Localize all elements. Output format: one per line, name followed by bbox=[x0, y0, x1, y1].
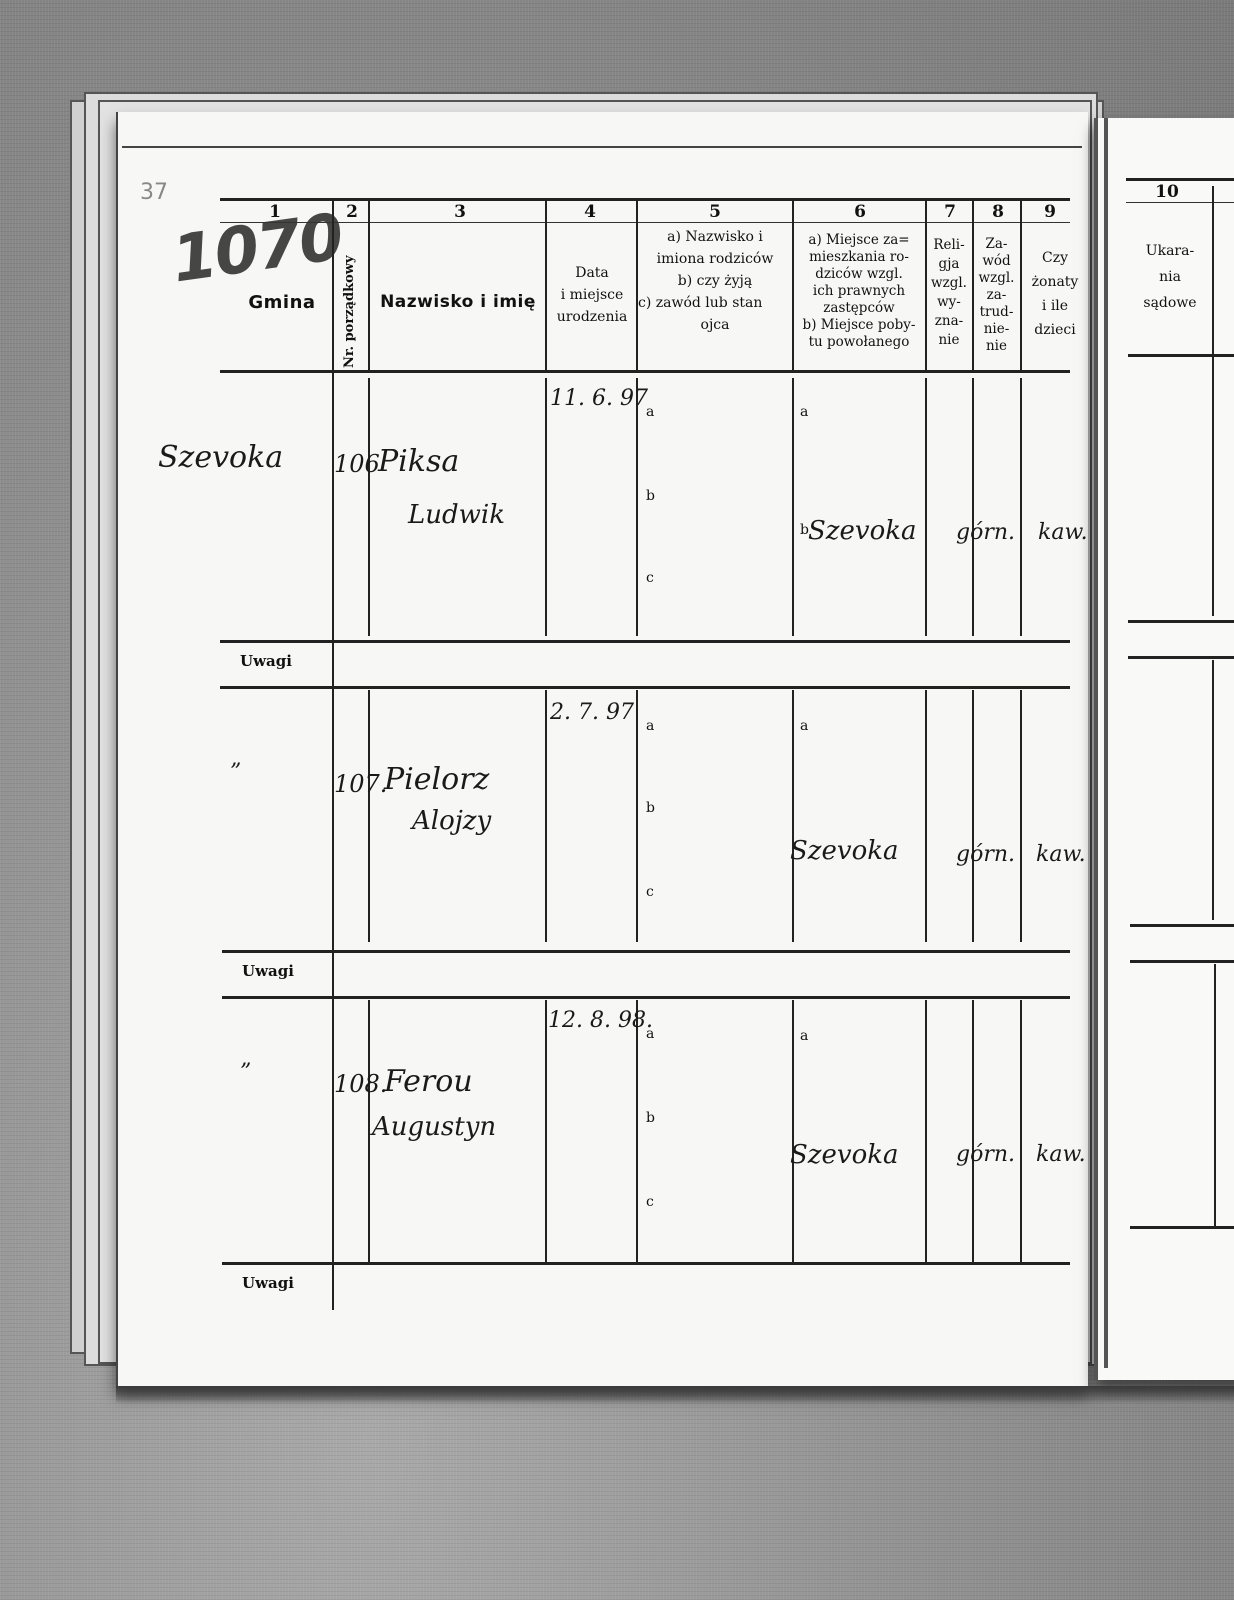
entry-1-birth-date: 11. 6. 97 bbox=[550, 386, 648, 411]
col-line bbox=[1020, 1000, 1022, 1262]
col-line bbox=[636, 1000, 638, 1262]
entry-1-given-name: Ludwik bbox=[408, 500, 505, 530]
entry-2-surname: Pielorz bbox=[384, 762, 489, 797]
col-line bbox=[545, 1000, 547, 1262]
col-divider-1-2 bbox=[332, 200, 334, 1310]
facing-rule bbox=[1130, 960, 1234, 963]
header-bottom-rule bbox=[220, 370, 1070, 373]
col-line bbox=[368, 378, 370, 636]
col-number-1: 1 bbox=[255, 202, 295, 222]
entry-3-gmina-ditto: ” bbox=[240, 1060, 251, 1085]
col-line bbox=[636, 378, 638, 636]
facing-header-number-rule bbox=[1126, 202, 1234, 203]
facing-column-divider bbox=[1212, 660, 1214, 920]
col-line bbox=[1020, 690, 1022, 942]
header-zonaty: Czy żonaty i ile dzieci bbox=[1022, 246, 1088, 342]
sub-label-a: a bbox=[800, 1028, 808, 1044]
header-zawod: Za- wód wzgl. za- trud- nie- nie bbox=[973, 236, 1020, 355]
entry-1-occupation: górn. bbox=[956, 520, 1015, 545]
col-line bbox=[925, 690, 927, 942]
col-number-9: 9 bbox=[1030, 202, 1070, 222]
facing-rule bbox=[1130, 1226, 1234, 1229]
col-number-4: 4 bbox=[570, 202, 610, 222]
header-miejsce-zamieszkania: a) Miejsce za= mieszkania ro- dziców wzg… bbox=[794, 232, 924, 351]
col-line bbox=[545, 690, 547, 942]
facing-header-bottom-rule bbox=[1128, 354, 1234, 357]
facing-column-divider bbox=[1214, 964, 1216, 1226]
entry-2-nr: 107. bbox=[334, 770, 387, 798]
header-nazwisko-imie: Nazwisko i imię bbox=[372, 292, 544, 312]
sub-label-a: a bbox=[646, 718, 654, 734]
header-top-rule bbox=[220, 198, 1070, 201]
entry-3-given-name: Augustyn bbox=[372, 1112, 496, 1142]
entry-3-nr: 108. bbox=[334, 1070, 387, 1098]
entry-1-surname: Piksa bbox=[378, 444, 459, 479]
entry-2-gmina-ditto: ” bbox=[230, 760, 241, 785]
col-line bbox=[972, 1000, 974, 1262]
remarks-top-rule bbox=[222, 1262, 1070, 1265]
facing-column-divider bbox=[1212, 186, 1214, 616]
page-shadow bbox=[116, 1386, 1234, 1404]
header-religia: Reli- gja wzgl. wy- zna- nie bbox=[926, 236, 972, 350]
sub-label-a: a bbox=[800, 718, 808, 734]
col-line bbox=[636, 690, 638, 942]
entry-3-marital: kaw. bbox=[1036, 1142, 1086, 1167]
remarks-bottom-rule bbox=[220, 686, 1070, 689]
col-line bbox=[368, 690, 370, 942]
entry-3-surname: Ferou bbox=[384, 1064, 473, 1099]
remarks-top-rule bbox=[220, 640, 1070, 643]
col-line bbox=[368, 1000, 370, 1262]
entry-1-gmina: Szevoka bbox=[158, 440, 283, 475]
col-line bbox=[792, 378, 794, 636]
header-ukarania: Ukara- nia sądowe bbox=[1128, 238, 1212, 316]
col-number-3: 3 bbox=[440, 202, 480, 222]
entry-2-given-name: Alojzy bbox=[412, 806, 491, 836]
entry-1-marital: kaw. bbox=[1038, 520, 1088, 545]
col-line bbox=[925, 378, 927, 636]
col-number-10: 10 bbox=[1142, 182, 1192, 202]
entry-1-residence: Szevoka bbox=[808, 516, 917, 546]
remarks-label: Uwagi bbox=[240, 652, 292, 670]
col-line bbox=[1020, 378, 1022, 636]
col-number-2: 2 bbox=[338, 202, 366, 222]
col-line bbox=[545, 378, 547, 636]
sub-label-c: c bbox=[646, 884, 654, 900]
col-line bbox=[972, 378, 974, 636]
pencil-page-number: 37 bbox=[140, 180, 168, 205]
remarks-label: Uwagi bbox=[242, 962, 294, 980]
col-line bbox=[972, 690, 974, 942]
col-number-6: 6 bbox=[840, 202, 880, 222]
col-divider-2-3 bbox=[368, 200, 370, 370]
entry-3-occupation: górn. bbox=[956, 1142, 1015, 1167]
facing-rule bbox=[1128, 620, 1234, 623]
col-number-7: 7 bbox=[932, 202, 968, 222]
entry-2-residence: Szevoka bbox=[790, 836, 899, 866]
entry-3-birth-date: 12. 8. 98. bbox=[548, 1008, 653, 1033]
header-rodzice: a) Nazwisko i imiona rodziców b) czy żyj… bbox=[638, 226, 792, 336]
entry-1-nr: 106 bbox=[334, 450, 380, 478]
sub-label-b: b bbox=[646, 488, 655, 504]
col-number-8: 8 bbox=[978, 202, 1018, 222]
col-line bbox=[792, 690, 794, 942]
col-line bbox=[925, 1000, 927, 1262]
entry-2-occupation: górn. bbox=[956, 842, 1015, 867]
remarks-bottom-rule bbox=[222, 996, 1070, 999]
header-number-rule bbox=[220, 222, 1070, 223]
header-nr-porzadkowy: Nr. porządkowy bbox=[342, 228, 357, 368]
facing-rule bbox=[1128, 656, 1234, 659]
sub-label-b: b bbox=[646, 1110, 655, 1126]
header-gmina: Gmina bbox=[232, 292, 332, 313]
facing-header-top-rule bbox=[1126, 178, 1234, 181]
col-number-5: 5 bbox=[695, 202, 735, 222]
sub-label-a: a bbox=[646, 404, 654, 420]
sub-label-b: b bbox=[646, 800, 655, 816]
sub-label-a: a bbox=[800, 404, 808, 420]
col-line bbox=[792, 1000, 794, 1262]
sub-label-c: c bbox=[646, 1194, 654, 1210]
entry-3-residence: Szevoka bbox=[790, 1140, 899, 1170]
sub-label-a: a bbox=[646, 1026, 654, 1042]
entry-2-birth-date: 2. 7. 97 bbox=[550, 700, 634, 725]
sub-label-c: c bbox=[646, 570, 654, 586]
col-divider-3-4 bbox=[545, 200, 547, 370]
facing-rule bbox=[1130, 924, 1234, 927]
entry-2-marital: kaw. bbox=[1036, 842, 1086, 867]
remarks-top-rule bbox=[222, 950, 1070, 953]
header-data-urodzenia: Data i miejsce urodzenia bbox=[548, 262, 636, 328]
remarks-label: Uwagi bbox=[242, 1274, 294, 1292]
page-gutter bbox=[1104, 118, 1108, 1368]
